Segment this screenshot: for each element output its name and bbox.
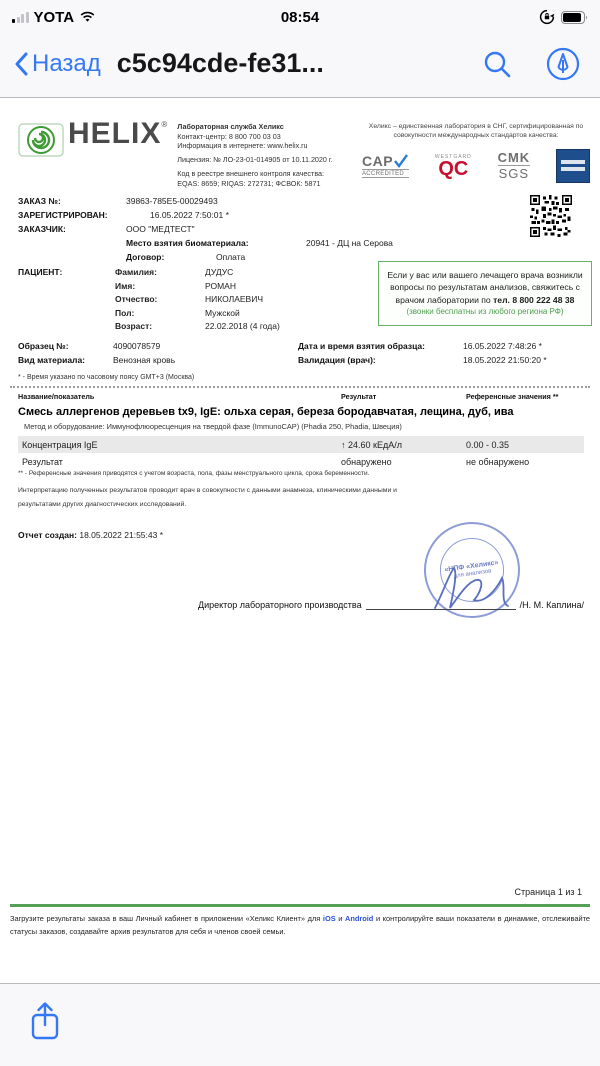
table-row: Результат обнаружено не обнаружено bbox=[18, 453, 584, 470]
customer-label: ЗАКАЗЧИК: bbox=[18, 222, 126, 236]
android-link[interactable]: Android bbox=[345, 914, 373, 923]
cert-text: Хеликс – единственная лаборатория в СНГ,… bbox=[360, 123, 592, 141]
helix-logo: HELIX® bbox=[18, 120, 167, 188]
ios-link[interactable]: iOS bbox=[323, 914, 336, 923]
lab-quality-2: EQAS: 8659; RIQAS: 272731; ФСВОК: 5871 bbox=[177, 179, 332, 189]
order-number-value: 39863-785E5-00029493 bbox=[126, 194, 218, 208]
iso-badge bbox=[556, 149, 590, 183]
cmk-sgs-badge: CMK SGS bbox=[498, 150, 531, 181]
info-box-phone: тел. 8 800 222 48 38 bbox=[493, 295, 574, 305]
table-header: Название/показатель Результат Референсны… bbox=[18, 392, 584, 401]
validation-label: Валидация (врач): bbox=[298, 354, 463, 368]
col-name: Название/показатель bbox=[18, 392, 341, 401]
contact-info-box: Если у вас или вашего лечащего врача воз… bbox=[378, 261, 592, 326]
lab-quality-1: Код в реестре внешнего контроля качества… bbox=[177, 169, 332, 179]
table-row: Концентрация IgE ↑ 24.60 кЕдА/л 0.00 - 0… bbox=[18, 436, 584, 453]
lab-name: Лабораторная служба Хеликс bbox=[177, 122, 332, 132]
lab-header: HELIX® Лабораторная служба Хеликс Контак… bbox=[18, 120, 333, 188]
page-number: Страница 1 из 1 bbox=[515, 887, 582, 897]
contract-value: Оплата bbox=[216, 250, 245, 264]
back-label: Назад bbox=[32, 50, 101, 78]
pdf-page[interactable]: HELIX® Лабораторная служба Хеликс Контак… bbox=[0, 98, 600, 983]
result-reference: не обнаружено bbox=[466, 457, 584, 467]
signature-row: Директор лабораторного производства /Н. … bbox=[198, 598, 584, 610]
taken-label: Дата и время взятия образца: bbox=[298, 340, 463, 354]
result-value: обнаружено bbox=[341, 457, 466, 467]
report-created: Отчет создан: 18.05.2022 21:55:43 * bbox=[18, 530, 163, 540]
patient-row-value: РОМАН bbox=[205, 280, 236, 294]
director-name: /Н. М. Каплина/ bbox=[520, 600, 584, 610]
interpretation-note: Интерпретацию полученных результатов про… bbox=[18, 484, 438, 513]
document-title: c5c94cde-fe31... bbox=[117, 48, 482, 79]
taken-value: 16.05.2022 7:48:26 * bbox=[463, 340, 542, 354]
helix-wordmark: HELIX bbox=[68, 117, 161, 150]
results-table: Название/показатель Результат Референсны… bbox=[18, 392, 584, 470]
patient-info: ПАЦИЕНТ: Фамилия:ДУДУС Имя:РОМАН Отчеств… bbox=[18, 266, 280, 334]
col-reference: Референсные значения ** bbox=[466, 392, 584, 401]
result-name: Результат bbox=[22, 457, 341, 467]
back-chevron-icon bbox=[14, 52, 28, 76]
report-created-value: 18.05.2022 21:55:43 * bbox=[79, 530, 163, 540]
material-label: Вид материала: bbox=[18, 354, 113, 368]
report-created-label: Отчет создан: bbox=[18, 530, 77, 540]
signature-line bbox=[366, 598, 516, 610]
patient-row-value: 22.02.2018 (4 года) bbox=[205, 320, 280, 334]
patient-section-label: ПАЦИЕНТ: bbox=[18, 266, 115, 334]
footer-divider bbox=[10, 904, 590, 907]
patient-row-label: Отчество: bbox=[115, 293, 205, 307]
customer-value: ООО "МЕДТЕСТ" bbox=[126, 222, 195, 236]
registered-label: ЗАРЕГИСТРИРОВАН: bbox=[18, 208, 150, 222]
bottom-toolbar bbox=[0, 983, 600, 1064]
cap-check-icon bbox=[393, 154, 409, 168]
search-icon[interactable] bbox=[482, 49, 512, 79]
validation-value: 18.05.2022 21:50:20 * bbox=[463, 354, 547, 368]
reference-footnote: ** - Референсные значения приводятся с у… bbox=[18, 470, 369, 477]
place-label: Место взятия биоматериала: bbox=[126, 236, 266, 250]
lab-contact: Контакт-центр: 8 800 700 03 03 bbox=[177, 132, 332, 142]
back-button[interactable]: Назад bbox=[14, 50, 101, 78]
result-value: ↑ 24.60 кЕдА/л bbox=[341, 440, 466, 450]
order-info: ЗАКАЗ №:39863-785E5-00029493 ЗАРЕГИСТРИР… bbox=[18, 194, 393, 264]
westgard-qc-badge: WESTGARD QC bbox=[435, 154, 472, 178]
place-value: 20941 - ДЦ на Серова bbox=[306, 236, 393, 250]
certifications: Хеликс – единственная лаборатория в СНГ,… bbox=[360, 123, 592, 183]
patient-row-label: Возраст: bbox=[115, 320, 205, 334]
test-title: Смесь аллергенов деревьев tx9, IgE: ольх… bbox=[18, 406, 584, 418]
director-role: Директор лабораторного производства bbox=[198, 600, 362, 610]
method-line: Метод и оборудование: Иммунофлюоресценци… bbox=[24, 422, 584, 431]
footer-separator: и bbox=[336, 914, 345, 923]
lab-web: Информация в интернете: www.helix.ru bbox=[177, 141, 332, 151]
nav-bar: Назад c5c94cde-fe31... bbox=[0, 30, 600, 98]
qr-code bbox=[530, 195, 572, 237]
sample-number-label: Образец №: bbox=[18, 340, 113, 354]
phone-screen: YOTA 08:54 bbox=[0, 0, 600, 1066]
info-box-note: (звонки бесплатны из любого региона РФ) bbox=[387, 306, 583, 318]
lab-license: Лицензия: № ЛО-23-01-014905 от 10.11.202… bbox=[177, 155, 332, 165]
timezone-note: * - Время указано по часовому поясу GMT+… bbox=[18, 374, 194, 381]
patient-row-label: Пол: bbox=[115, 307, 205, 321]
order-number-label: ЗАКАЗ №: bbox=[18, 194, 126, 208]
registered-value: 16.05.2022 7:50:01 * bbox=[150, 208, 229, 222]
share-icon[interactable] bbox=[30, 1001, 60, 1041]
material-value: Венозная кровь bbox=[113, 354, 175, 368]
clock: 08:54 bbox=[0, 9, 600, 26]
patient-row-value: Мужской bbox=[205, 307, 240, 321]
footer-text-before: Загрузите результаты заказа в ваш Личный… bbox=[10, 914, 323, 923]
result-name: Концентрация IgE bbox=[22, 440, 341, 450]
status-bar: YOTA 08:54 bbox=[0, 0, 600, 30]
patient-row-label: Имя: bbox=[115, 280, 205, 294]
cap-accredited-badge: CAP ACCREDITED bbox=[362, 153, 409, 178]
footer-text: Загрузите результаты заказа в ваш Личный… bbox=[10, 912, 590, 939]
patient-row-label: Фамилия: bbox=[115, 266, 205, 280]
registered-mark: ® bbox=[161, 120, 167, 129]
patient-row-value: ДУДУС bbox=[205, 266, 233, 280]
col-result: Результат bbox=[341, 392, 466, 401]
markup-icon[interactable] bbox=[546, 47, 580, 81]
contract-label: Договор: bbox=[126, 250, 216, 264]
patient-row-value: НИКОЛАЕВИЧ bbox=[205, 293, 263, 307]
result-reference: 0.00 - 0.35 bbox=[466, 440, 584, 450]
helix-swirl-icon bbox=[18, 120, 64, 160]
sample-info: Образец №:4090078579 Вид материала:Веноз… bbox=[18, 340, 584, 367]
dotted-divider bbox=[10, 386, 590, 388]
sample-number-value: 4090078579 bbox=[113, 340, 160, 354]
